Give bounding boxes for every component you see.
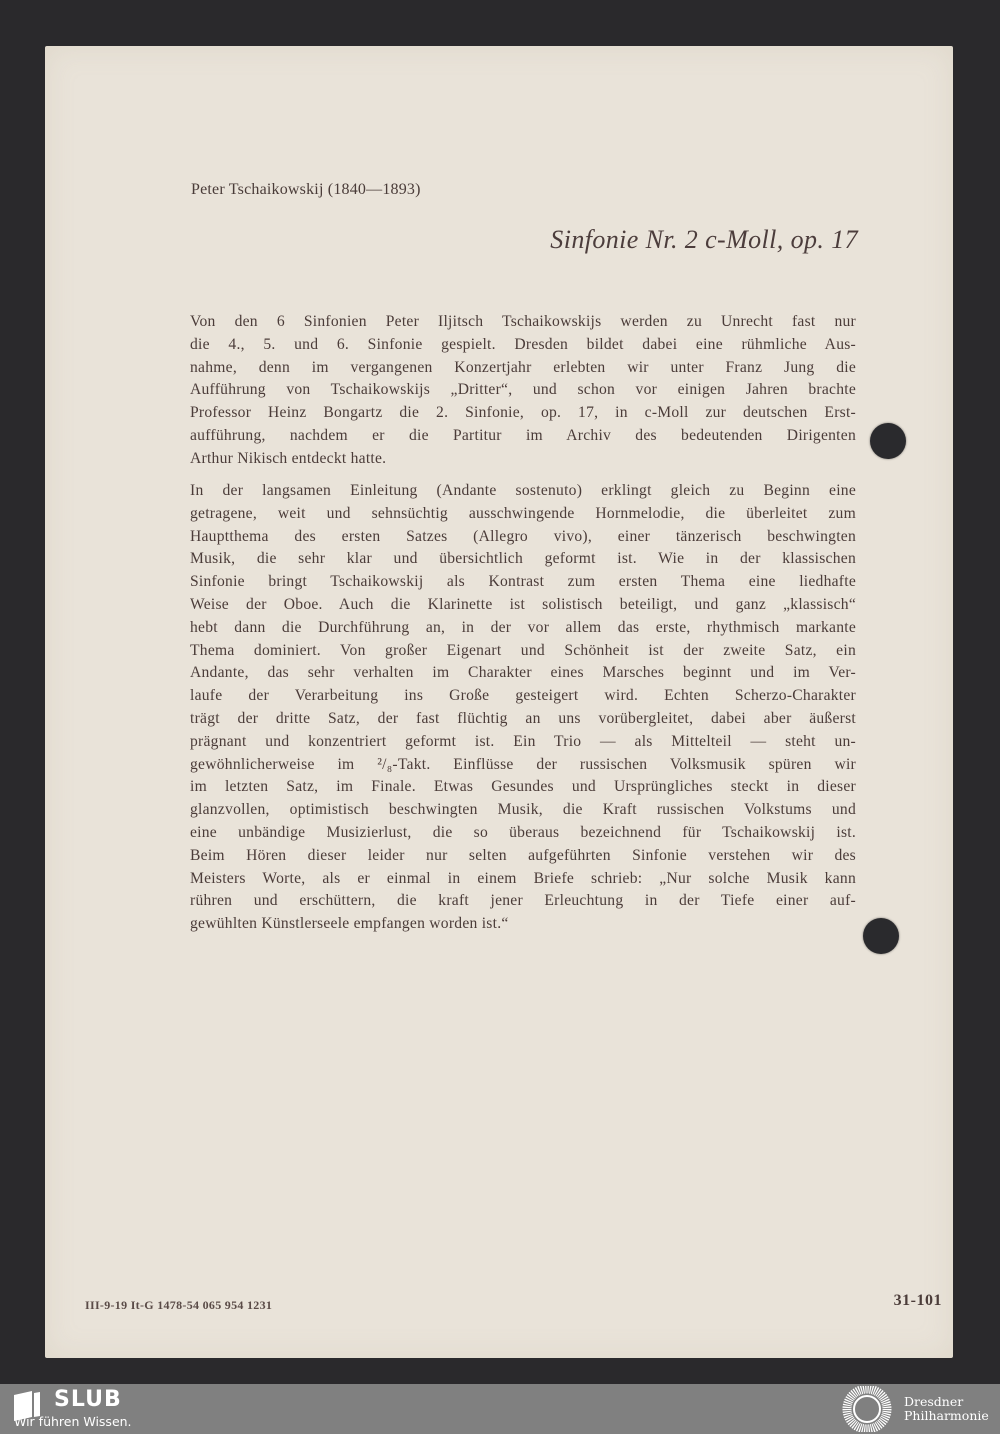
partner-name-line2: Philharmonie: [904, 1409, 989, 1423]
punch-hole: [863, 918, 899, 954]
library-name: SLUB: [54, 1388, 132, 1412]
brand-footer: SLUB Wir führen Wissen. Dresdner Philhar…: [0, 1384, 1000, 1434]
text-line: Sinfonie bringt Tschaikowskij als Kontra…: [190, 571, 856, 594]
text-line: prägnant und konzentriert geformt ist. E…: [190, 731, 856, 754]
text-line: Aufführung von Tschaikowskijs „Dritter“,…: [190, 379, 856, 402]
text-line: Von den 6 Sinfonien Peter Iljitsch Tscha…: [190, 311, 856, 334]
text-line: nahme, denn im vergangenen Konzertjahr e…: [190, 357, 856, 380]
sunburst-icon: [842, 1386, 892, 1432]
punch-hole: [870, 423, 906, 459]
text-line: gewühlten Künstlerseele empfangen worden…: [190, 913, 856, 936]
paragraph-2: In der langsamen Einleitung (Andante sos…: [190, 480, 856, 936]
slub-logo[interactable]: SLUB Wir führen Wissen.: [12, 1388, 132, 1430]
text-line: In der langsamen Einleitung (Andante sos…: [190, 480, 856, 503]
text-line: Arthur Nikisch entdeckt hatte.: [190, 448, 856, 471]
text-line: Hauptthema des ersten Satzes (Allegro vi…: [190, 526, 856, 549]
work-title: Sinfonie Nr. 2 c-Moll, op. 17: [550, 225, 858, 255]
paragraph-1: Von den 6 Sinfonien Peter Iljitsch Tscha…: [190, 311, 856, 471]
text-line: Meisters Worte, als er einmal in einem B…: [190, 868, 856, 891]
partner-name-line1: Dresdner: [904, 1395, 989, 1409]
text-line: im letzten Satz, im Finale. Etwas Gesund…: [190, 776, 856, 799]
text-line: eine unbändige Musizierlust, die so über…: [190, 822, 856, 845]
text-line: glanzvollen, optimistisch beschwingten M…: [190, 799, 856, 822]
text-line: trägt der dritte Satz, der fast flüchtig…: [190, 708, 856, 731]
text-line: Musik, die sehr klar und übersichtlich g…: [190, 548, 856, 571]
text-line: gewöhnlicherweise im ²/₈-Takt. Einflüsse…: [190, 754, 856, 777]
text-line: Thema dominiert. Von großer Eigenart und…: [190, 640, 856, 663]
text-line: rühren und erschüttern, die kraft jener …: [190, 890, 856, 913]
text-line: Beim Hören dieser leider nur selten aufg…: [190, 845, 856, 868]
composer-heading: Peter Tschaikowskij (1840—1893): [191, 181, 421, 199]
text-line: hebt dann die Durchführung an, in der vo…: [190, 617, 856, 640]
text-line: Andante, das sehr verhalten im Charakter…: [190, 662, 856, 685]
text-line: Weise der Oboe. Auch die Klarinette ist …: [190, 594, 856, 617]
text-line: Professor Heinz Bongartz die 2. Sinfonie…: [190, 402, 856, 425]
print-code: III-9-19 It-G 1478-54 065 954 1231: [85, 1298, 272, 1313]
book-icon: [12, 1391, 42, 1421]
text-line: getragene, weit und sehnsüchtig ausschwi…: [190, 503, 856, 526]
dresdner-philharmonie-logo[interactable]: Dresdner Philharmonie: [842, 1386, 989, 1432]
text-line: laufe der Verarbeitung ins Große gesteig…: [190, 685, 856, 708]
page-number: 31-101: [894, 1292, 942, 1310]
text-line: aufführung, nachdem er die Partitur im A…: [190, 425, 856, 448]
text-line: die 4., 5. und 6. Sinfonie gespielt. Dre…: [190, 334, 856, 357]
